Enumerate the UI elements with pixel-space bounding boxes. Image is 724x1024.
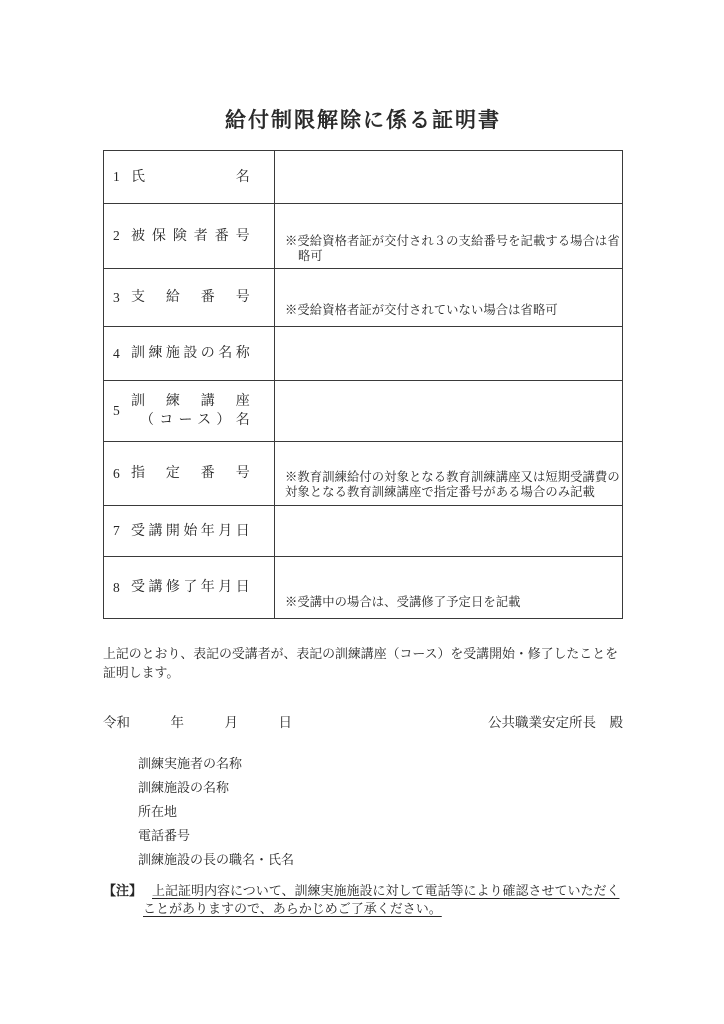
payment-number-entry-cell: ※受給資格者証が交付されていない場合は省略可: [275, 269, 622, 326]
footer-note-line2: ことがありますので、あらかじめご了承ください。: [143, 901, 442, 916]
table-row-course-name: 5 訓練講座 （コース）名: [104, 380, 622, 441]
issuer-field-provider-name: 訓練実施者の名称: [138, 752, 623, 776]
start-date-entry-cell: [275, 506, 622, 556]
row-number: 6: [113, 466, 129, 482]
row-label-cell: 2 被保険者番号: [104, 204, 275, 268]
row-label-line2: （コース）名: [131, 411, 250, 430]
row-label-cell: 7 受講開始年月日: [104, 506, 275, 556]
row-label-line1: 訓練講座: [131, 392, 250, 411]
issuer-field-address: 所在地: [138, 800, 623, 824]
table-row-facility-name: 4 訓練施設の名称: [104, 326, 622, 380]
footer-note-marker: 【注】: [103, 882, 143, 918]
page-title: 給付制限解除に係る証明書: [103, 104, 623, 134]
era-date-blanks: 令和 年 月 日: [103, 711, 292, 731]
course-name-entry-cell: [275, 381, 622, 441]
row-number: 1: [113, 169, 129, 185]
row-label-cell: 6 指定番号: [104, 442, 275, 505]
issuer-field-head-title-name: 訓練施設の長の職名・氏名: [138, 848, 623, 872]
facility-name-entry-cell: [275, 327, 622, 380]
row-label-cell: 4 訓練施設の名称: [104, 327, 275, 380]
row-label-cell: 3 支給番号: [104, 269, 275, 326]
issuer-field-list: 訓練実施者の名称 訓練施設の名称 所在地 電話番号 訓練施設の長の職名・氏名: [103, 752, 623, 872]
row-label: 訓練施設の名称: [131, 344, 250, 363]
cell-note: ※受給資格者証が交付され３の支給番号を記載する場合は省: [285, 234, 620, 249]
table-row-insured-number: 2 被保険者番号 ※受給資格者証が交付され３の支給番号を記載する場合は省 略可: [104, 203, 622, 268]
footer-note: 【注】 上記証明内容について、訓練実施施設に対して電話等により確認させていただく…: [103, 882, 623, 918]
row-label: 氏名: [131, 168, 250, 187]
row-label: 支給番号: [131, 288, 250, 307]
footer-note-line1: 上記証明内容について、訓練実施施設に対して電話等により確認させていただく: [152, 883, 619, 898]
cell-note: ※教育訓練給付の対象となる教育訓練講座又は短期受講費の: [285, 470, 620, 485]
insured-number-entry-cell: ※受給資格者証が交付され３の支給番号を記載する場合は省 略可: [275, 204, 624, 268]
cell-note: ※受講中の場合は、受講修了予定日を記載: [285, 595, 618, 610]
cell-note: ※受給資格者証が交付されていない場合は省略可: [285, 303, 618, 318]
row-label-cell: 8 受講修了年月日: [104, 557, 275, 618]
row-label: 被保険者番号: [131, 227, 250, 246]
row-number: 4: [113, 346, 129, 362]
certificate-table: 1 氏名 2 被保険者番号 ※受給資格者証が交付され３の支給番号を記載する場合は…: [103, 150, 623, 619]
certificate-sheet: 給付制限解除に係る証明書 1 氏名 2 被保険者番号 ※受給資格者証が交付され３…: [103, 104, 623, 918]
row-label: 受講修了年月日: [131, 578, 250, 597]
addressee: 公共職業安定所長 殿: [488, 711, 623, 731]
certification-statement: 上記のとおり、表記の受講者が、表記の訓練講座（コース）を受講開始・修了したことを…: [103, 645, 623, 682]
table-row-designation-number: 6 指定番号 ※教育訓練給付の対象となる教育訓練講座又は短期受講費の 対象となる…: [104, 441, 622, 505]
issuer-field-phone: 電話番号: [138, 824, 623, 848]
cell-note: 対象となる教育訓練講座で指定番号がある場合のみ記載: [285, 485, 620, 500]
cell-note: 略可: [285, 249, 620, 264]
issuer-field-facility-name: 訓練施設の名称: [138, 776, 623, 800]
table-row-name: 1 氏名: [104, 151, 622, 203]
statement-line1: 上記のとおり、表記の受講者が、表記の訓練講座（コース）を受講開始・修了したことを: [103, 645, 623, 664]
row-number: 3: [113, 290, 129, 306]
row-number: 2: [113, 228, 129, 244]
row-number: 5: [113, 403, 129, 419]
row-label-cell: 1 氏名: [104, 151, 275, 203]
end-date-entry-cell: ※受講中の場合は、受講修了予定日を記載: [275, 557, 622, 618]
row-label: 指定番号: [131, 464, 250, 483]
row-number: 8: [113, 580, 129, 596]
name-entry-cell: [275, 151, 622, 203]
row-label: 受講開始年月日: [131, 522, 250, 541]
date-line: 令和 年 月 日 公共職業安定所長 殿: [103, 711, 623, 731]
table-row-start-date: 7 受講開始年月日: [104, 505, 622, 556]
statement-line2: 証明します。: [103, 664, 623, 683]
row-number: 7: [113, 523, 129, 539]
table-row-end-date: 8 受講修了年月日 ※受講中の場合は、受講修了予定日を記載: [104, 556, 622, 618]
row-label-cell: 5 訓練講座 （コース）名: [104, 381, 275, 441]
designation-number-entry-cell: ※教育訓練給付の対象となる教育訓練講座又は短期受講費の 対象となる教育訓練講座で…: [275, 442, 624, 505]
table-row-payment-number: 3 支給番号 ※受給資格者証が交付されていない場合は省略可: [104, 268, 622, 326]
